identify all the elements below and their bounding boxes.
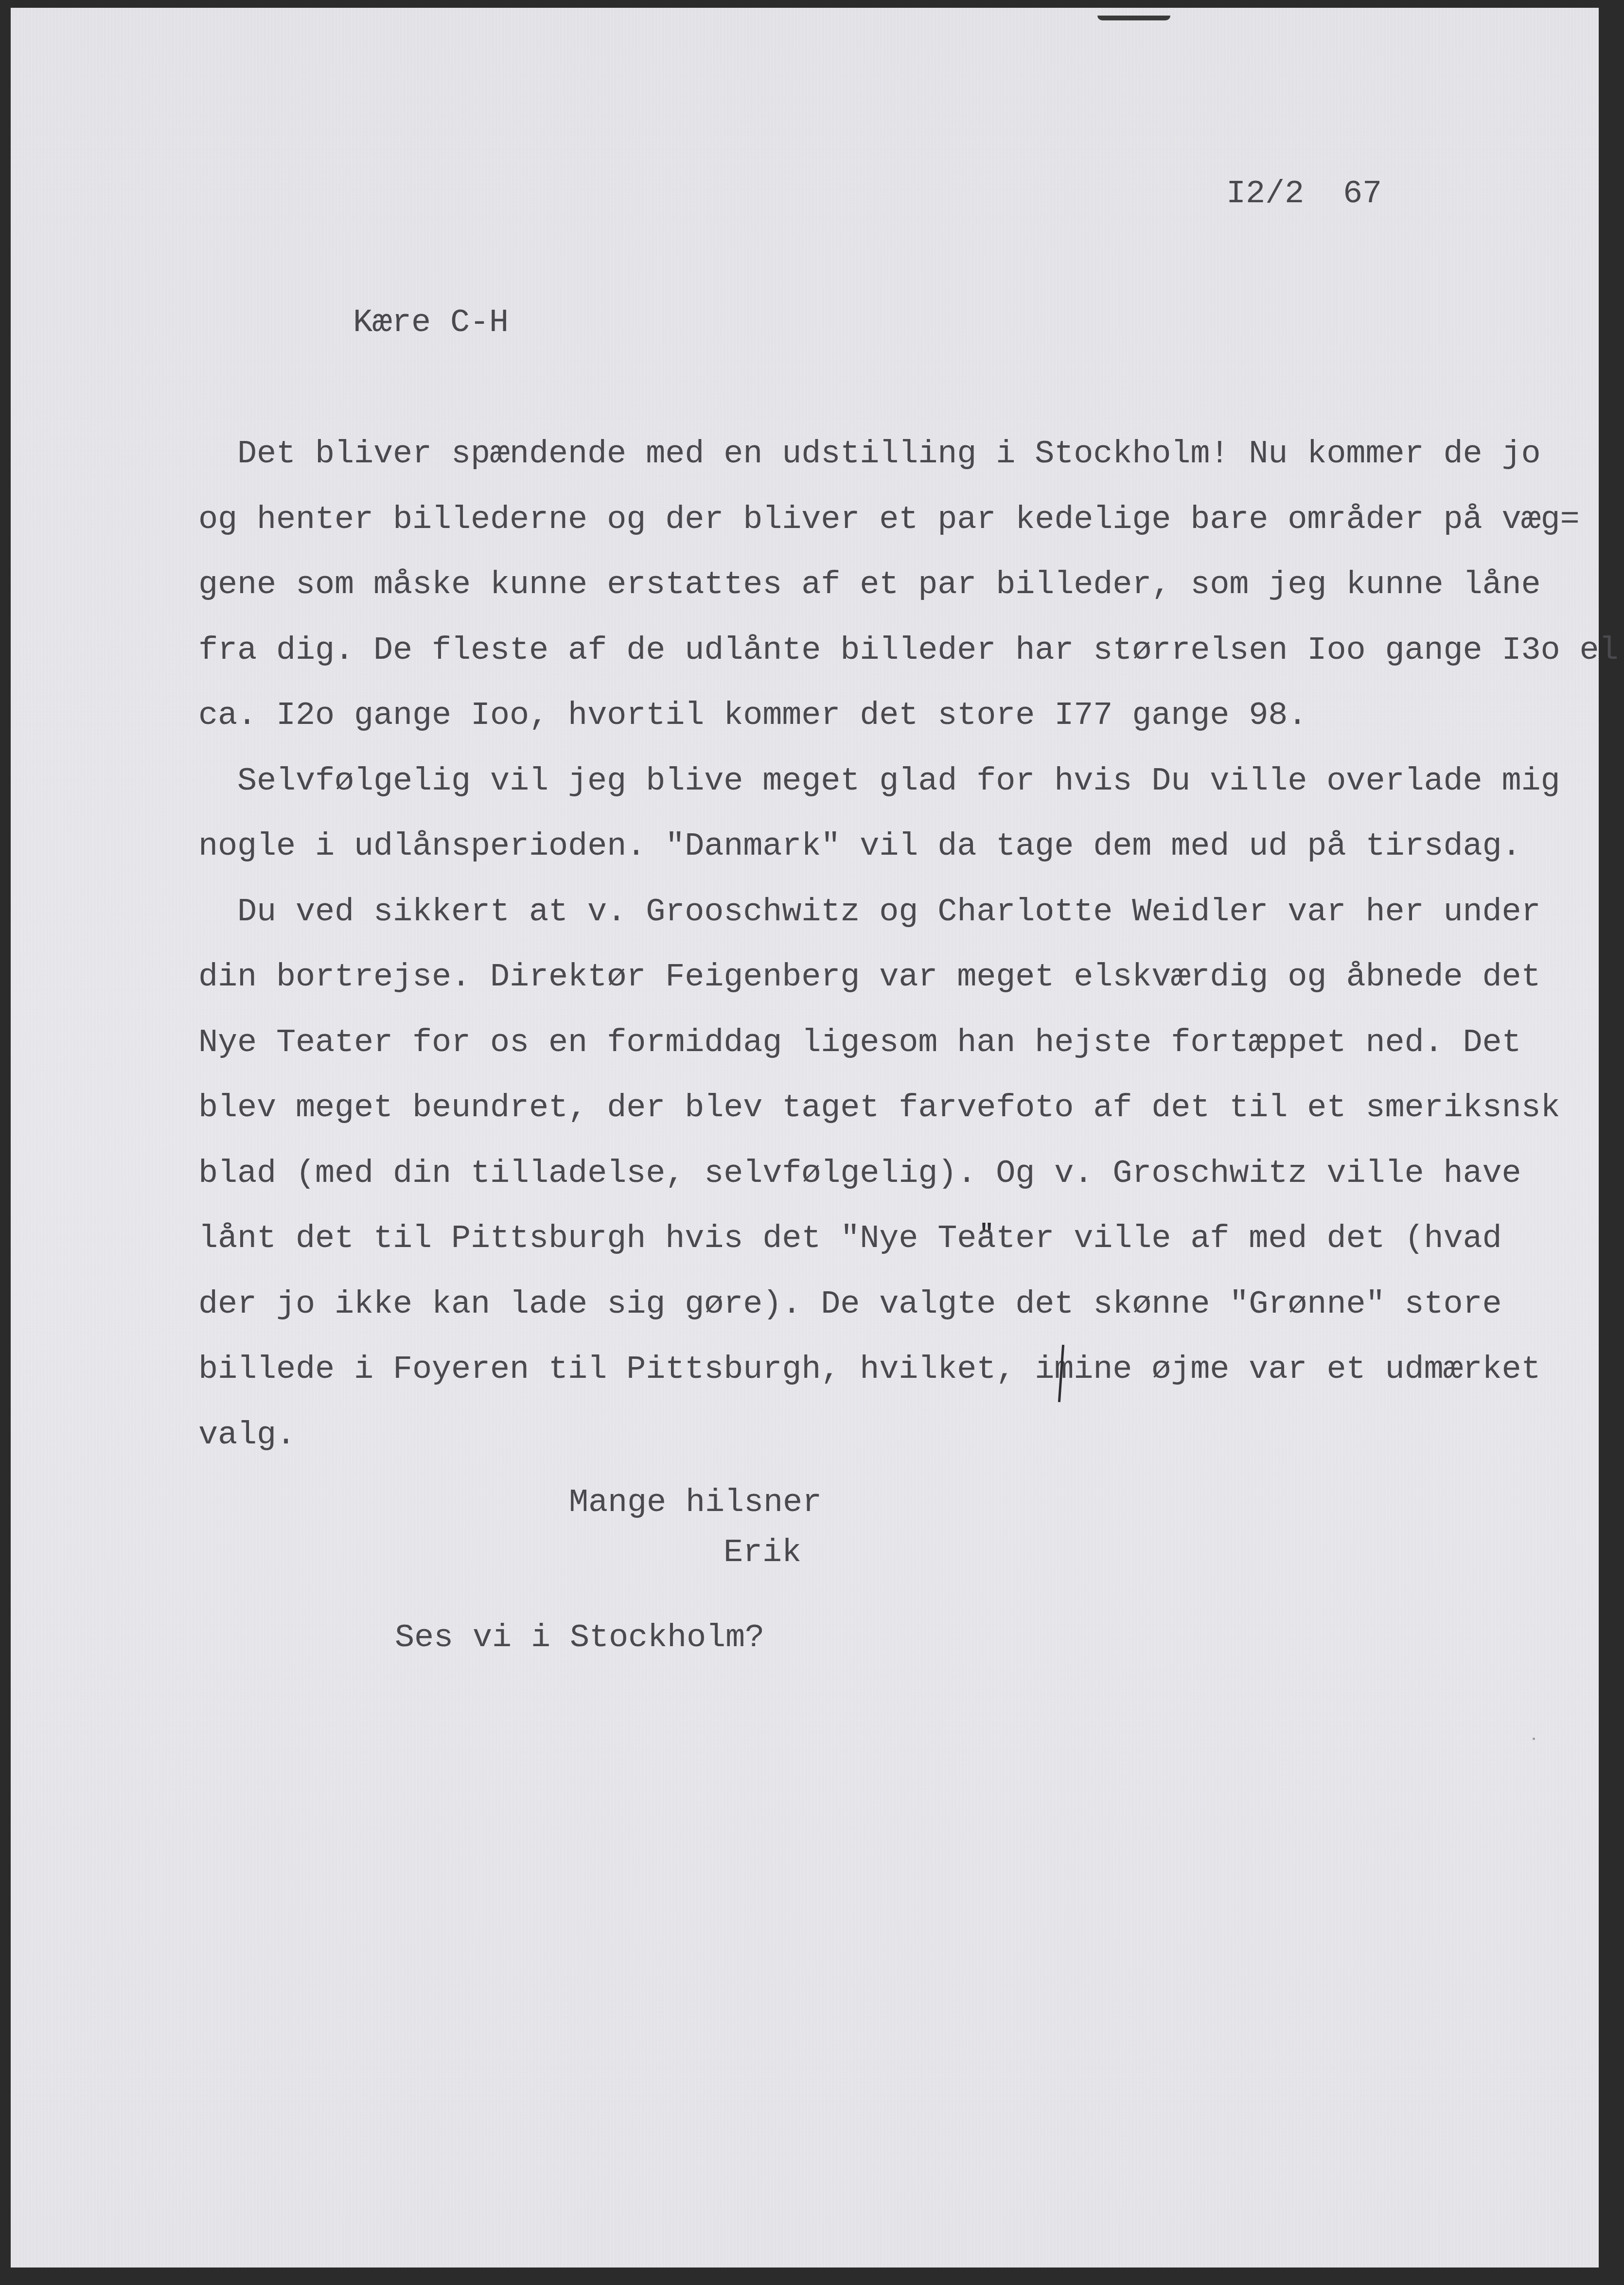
letter-body-line: lånt det til Pittsburgh hvis det "Nye Te…	[198, 1223, 1501, 1255]
letter-body-line: nogle i udlånsperioden. "Danmark" vil da…	[198, 830, 1521, 863]
letter-body-line: gene som måske kunne erstattes af et par…	[198, 569, 1540, 601]
letter-salutation: Kære C-H	[353, 307, 509, 339]
handwritten-quote-mark: "	[979, 1220, 994, 1248]
letter-body-line: Det bliver spændende med en udstilling i…	[237, 438, 1540, 471]
letter-body-line: og henter billederne og der bliver et pa…	[198, 504, 1579, 536]
letter-body-line: Du ved sikkert at v. Grooschwitz og Char…	[237, 896, 1540, 929]
letter-body-line: billede i Foyeren til Pittsburgh, hvilke…	[198, 1353, 1540, 1386]
letter-body-line: fra dig. De fleste af de udlånte billede…	[198, 634, 1618, 667]
paper-tear	[1097, 16, 1170, 20]
letter-closing: Mange hilsner	[569, 1487, 822, 1519]
letter-body-line: Selvfølgelig vil jeg blive meget glad fo…	[237, 765, 1560, 798]
letter-body-line: der jo ikke kan lade sig gøre). De valgt…	[198, 1288, 1501, 1321]
letter-body-line: blad (med din tilladelse, selvfølgelig).…	[198, 1158, 1521, 1190]
letter-postscript: Ses vi i Stockholm?	[395, 1622, 764, 1654]
letter-body-line: valg.	[198, 1419, 296, 1452]
paper-speck	[1533, 1738, 1535, 1740]
letter-signature: Erik	[724, 1537, 801, 1569]
letter-date: I2/2 67	[1226, 178, 1382, 211]
letter-body-line: ca. I2o gange Ioo, hvortil kommer det st…	[198, 700, 1307, 732]
letter-page: I2/2 67 Kære C-H Det bliver spændende me…	[11, 8, 1599, 2267]
letter-body-line: din bortrejse. Direktør Feigenberg var m…	[198, 961, 1540, 994]
letter-body-line: Nye Teater for os en formiddag ligesom h…	[198, 1027, 1521, 1059]
letter-body-line: blev meget beundret, der blev taget farv…	[198, 1092, 1560, 1125]
